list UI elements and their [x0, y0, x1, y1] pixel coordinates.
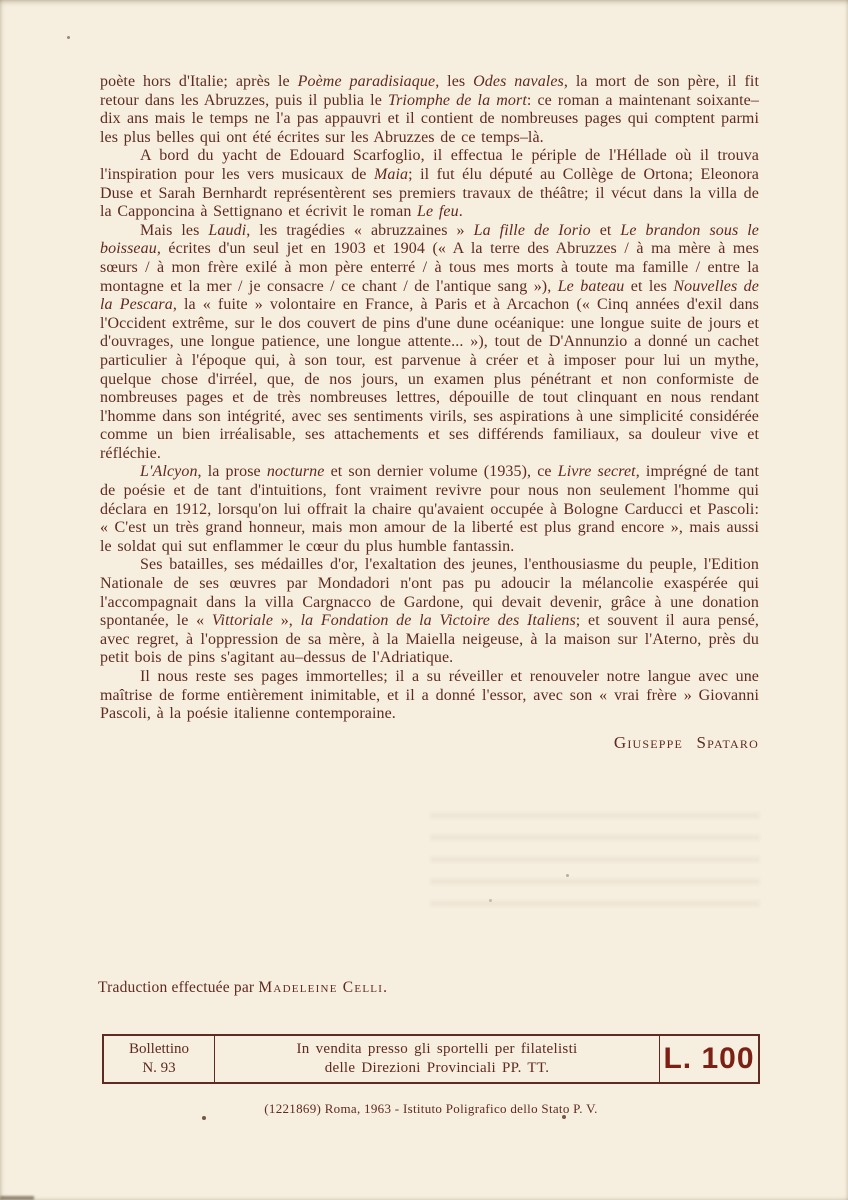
- text-run: poète hors d'Italie; après le: [100, 73, 298, 90]
- paper-speck: [67, 36, 70, 39]
- bulletin-cell: Bollettino N. 93: [104, 1036, 215, 1082]
- text-run: Le feu: [417, 203, 459, 220]
- paragraph-3: Mais les Laudi, les tragédies « abruzzai…: [100, 222, 759, 464]
- text-run: Laudi: [208, 222, 246, 239]
- footer-box: Bollettino N. 93 In vendita presso gli s…: [102, 1034, 760, 1084]
- price-value: L. 100: [663, 1042, 754, 1076]
- author-signature: Giuseppe Spataro: [100, 734, 759, 753]
- text-run: , la prose: [198, 463, 267, 480]
- text-run: Le bateau: [558, 278, 625, 295]
- text-run: Vittoriale: [212, 612, 273, 629]
- text-run: et son dernier volume (1935), ce: [325, 463, 558, 480]
- text-run: »,: [273, 612, 301, 629]
- paper-speck: [489, 899, 492, 902]
- text-run: nocturne: [267, 463, 325, 480]
- article-body: poète hors d'Italie; après le Poème para…: [100, 73, 759, 752]
- bulletin-label: Bollettino: [129, 1040, 189, 1059]
- text-run: Odes navales: [473, 73, 564, 90]
- paragraph-1: poète hors d'Italie; après le Poème para…: [100, 73, 759, 147]
- text-run: Maia: [374, 166, 408, 183]
- text-run: , les: [435, 73, 473, 90]
- text-run: Livre secret: [558, 463, 636, 480]
- text-run: Mais les: [140, 222, 208, 239]
- paragraph-2: A bord du yacht de Edouard Scarfoglio, i…: [100, 147, 759, 221]
- text-run: et: [591, 222, 621, 239]
- ink-bleed-artifact: [430, 812, 760, 907]
- text-run: Il nous reste ses pages immortelles; il …: [100, 668, 759, 722]
- scanned-page: poète hors d'Italie; après le Poème para…: [0, 0, 848, 1200]
- text-run: Poème paradisiaque: [298, 73, 436, 90]
- paper-speck: [566, 874, 569, 877]
- price-cell: L. 100: [660, 1036, 758, 1082]
- paragraph-6: Il nous reste ses pages immortelles; il …: [100, 668, 759, 724]
- text-run: Triomphe de la mort: [388, 92, 527, 109]
- text-run: .: [459, 203, 463, 220]
- text-run: , les tragédies « abruzzaines »: [246, 222, 473, 239]
- text-run: la Fondation de la Victoire des Italiens: [301, 612, 576, 629]
- sale-line-2: delle Direzioni Provinciali PP. TT.: [325, 1059, 550, 1078]
- text-run: , la « fuite » volontaire en France, à P…: [100, 296, 759, 462]
- scan-edge-mark: [0, 1196, 34, 1200]
- paragraph-4: L'Alcyon, la prose nocturne et son derni…: [100, 463, 759, 556]
- text-run: Traduction effectuée par: [98, 979, 258, 996]
- text-run: L'Alcyon: [140, 463, 198, 480]
- bulletin-number: N. 93: [142, 1059, 175, 1078]
- paper-speck: [562, 1115, 566, 1119]
- sale-info-cell: In vendita presso gli sportelli per fila…: [215, 1036, 660, 1082]
- text-run: .: [383, 979, 387, 996]
- translation-note: Traduction effectuée par Madeleine Celli…: [98, 979, 387, 997]
- paper-speck: [202, 1116, 206, 1120]
- text-run: Madeleine Celli: [258, 979, 383, 996]
- sale-line-1: In vendita presso gli sportelli per fila…: [296, 1040, 577, 1059]
- paragraph-5: Ses batailles, ses médailles d'or, l'exa…: [100, 556, 759, 668]
- imprint-line: (1221869) Roma, 1963 - Istituto Poligraf…: [102, 1101, 760, 1117]
- text-run: La fille de Iorio: [474, 222, 591, 239]
- text-run: et les: [624, 278, 673, 295]
